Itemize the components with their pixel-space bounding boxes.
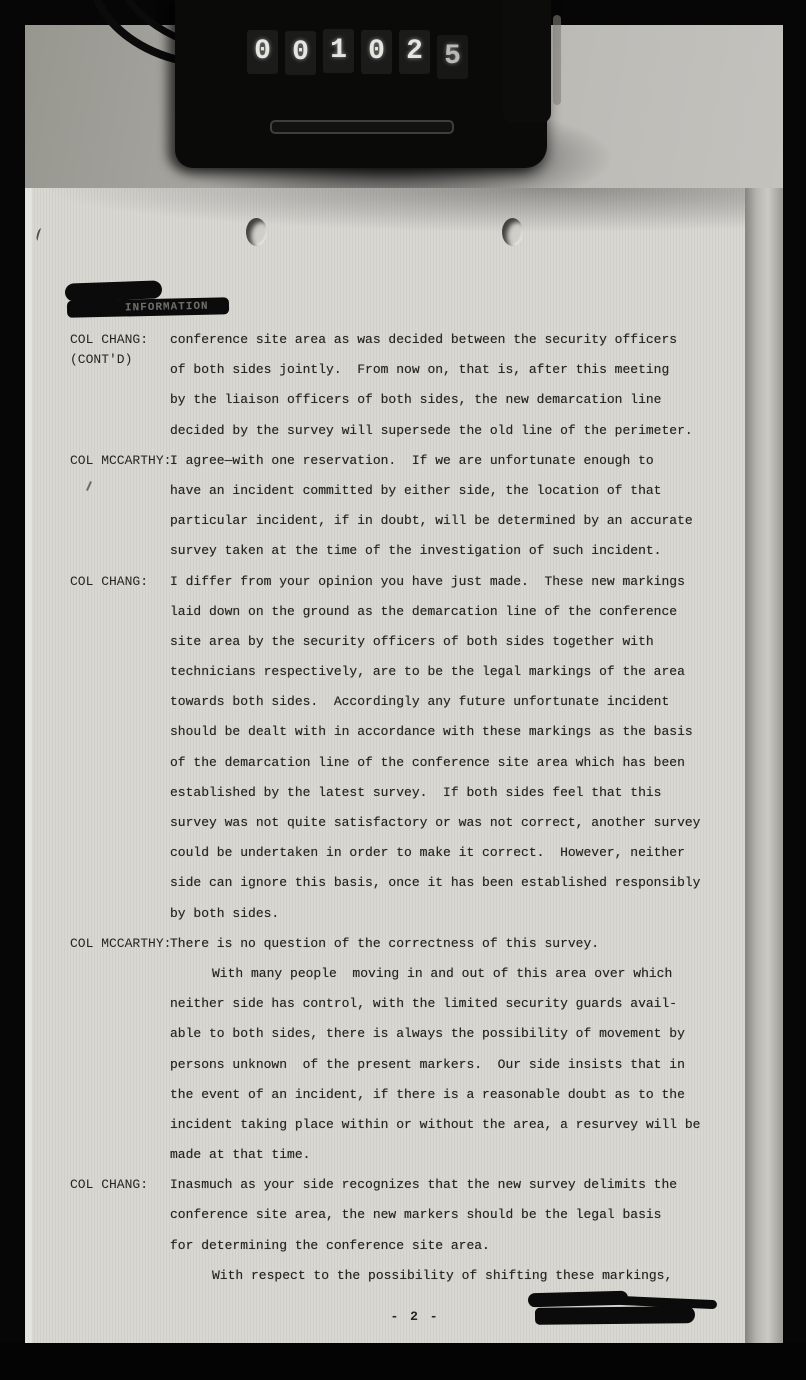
dialogue-line: incident taking place within or without … [170, 1110, 750, 1140]
dialogue-entry: COL CHANG:I differ from your opinion you… [70, 567, 750, 929]
page-top-shadow [25, 188, 745, 234]
dialogue-line: established by the latest survey. If bot… [170, 778, 750, 808]
dialogue-line: should be dealt with in accordance with … [170, 717, 750, 747]
counter-knob [503, 0, 551, 123]
speaker-label: COL CHANG: [70, 1170, 148, 1200]
film-right-band [783, 0, 806, 1380]
dialogue-line: site area by the security officers of bo… [170, 627, 750, 657]
dialogue-line: I agree—with one reservation. If we are … [170, 446, 750, 476]
dialogue-line: could be undertaken in order to make it … [170, 838, 750, 868]
dialogue-line: the event of an incident, if there is a … [170, 1080, 750, 1110]
dialogue-line: With many people moving in and out of th… [170, 959, 750, 989]
dialogue-line: of both sides jointly. From now on, that… [170, 355, 750, 385]
counter-digit: 0 [285, 31, 316, 75]
dialogue-entry: COL CHANG:Inasmuch as your side recogniz… [70, 1170, 750, 1291]
dialogue-entry: COL CHANG:(CONT'D)conference site area a… [70, 325, 750, 446]
dialogue-line: neither side has control, with the limit… [170, 989, 750, 1019]
document-page: INFORMATION COL CHANG:(CONT'D)conference… [25, 188, 745, 1343]
dialogue-entry: COL MCCARTHY:There is no question of the… [70, 929, 750, 1171]
dialogue-line: for determining the conference site area… [170, 1231, 750, 1261]
dialogue-line: survey taken at the time of the investig… [170, 536, 750, 566]
counter-slot [270, 120, 454, 134]
dialogue-line: There is no question of the correctness … [170, 929, 750, 959]
speaker-label: COL MCCARTHY: [70, 446, 171, 476]
counter-readout: 0 0 1 0 2 5 [247, 30, 468, 74]
microfilm-frame: 0 0 1 0 2 5 INFORMATION COL CHANG:(CONT'… [0, 0, 806, 1380]
dialogue-entry: COL MCCARTHY:I agree—with one reservatio… [70, 446, 750, 567]
dialogue-line: laid down on the ground as the demarcati… [170, 597, 750, 627]
dialogue-line: Inasmuch as your side recognizes that th… [170, 1170, 750, 1200]
stamp-ghost-text: INFORMATION [125, 301, 209, 315]
counter-digit: 2 [399, 30, 430, 74]
frame-counter-device: 0 0 1 0 2 5 [175, 0, 547, 168]
dialogue-line: With respect to the possibility of shift… [170, 1261, 750, 1291]
punch-hole [502, 218, 523, 246]
dialogue-line: I differ from your opinion you have just… [170, 567, 750, 597]
page-number: - 2 - [360, 1309, 470, 1324]
redaction-bar-top-2: INFORMATION [67, 297, 229, 317]
dialogue-line: towards both sides. Accordingly any futu… [170, 687, 750, 717]
dialogue-line: decided by the survey will supersede the… [170, 416, 750, 446]
dialogue-line: side can ignore this basis, once it has … [170, 868, 750, 898]
dialogue-line: able to both sides, there is always the … [170, 1019, 750, 1049]
background-sheet-edge [745, 188, 783, 1343]
film-bottom-band [0, 1343, 806, 1380]
counter-digit: 0 [247, 30, 278, 74]
redaction-bar-bottom-2 [535, 1306, 695, 1325]
dialogue-line: particular incident, if in doubt, will b… [170, 506, 750, 536]
page-left-edge [25, 188, 32, 1343]
dialogue-line: by both sides. [170, 899, 750, 929]
dialogue-line: have an incident committed by either sid… [170, 476, 750, 506]
dialogue: COL CHANG:(CONT'D)conference site area a… [70, 325, 750, 1291]
dialogue-line: survey was not quite satisfactory or was… [170, 808, 750, 838]
counter-digit: 1 [323, 29, 354, 73]
counter-knob-highlight [553, 15, 561, 105]
redaction-bar-bottom-1 [528, 1291, 628, 1308]
ink-mark [35, 228, 43, 242]
dialogue-line: persons unknown of the present markers. … [170, 1050, 750, 1080]
speaker-label: COL MCCARTHY: [70, 929, 171, 959]
dialogue-line: conference site area, the new markers sh… [170, 1200, 750, 1230]
speaker-continued-label: (CONT'D) [70, 345, 132, 375]
counter-digit: 0 [361, 30, 392, 74]
counter-digit: 5 [437, 35, 468, 79]
dialogue-line: technicians respectively, are to be the … [170, 657, 750, 687]
dialogue-line: made at that time. [170, 1140, 750, 1170]
punch-hole [246, 218, 267, 246]
dialogue-line: of the demarcation line of the conferenc… [170, 748, 750, 778]
speaker-label: COL CHANG: [70, 567, 148, 597]
dialogue-line: conference site area as was decided betw… [170, 325, 750, 355]
film-left-band [0, 0, 25, 1380]
dialogue-line: by the liaison officers of both sides, t… [170, 385, 750, 415]
